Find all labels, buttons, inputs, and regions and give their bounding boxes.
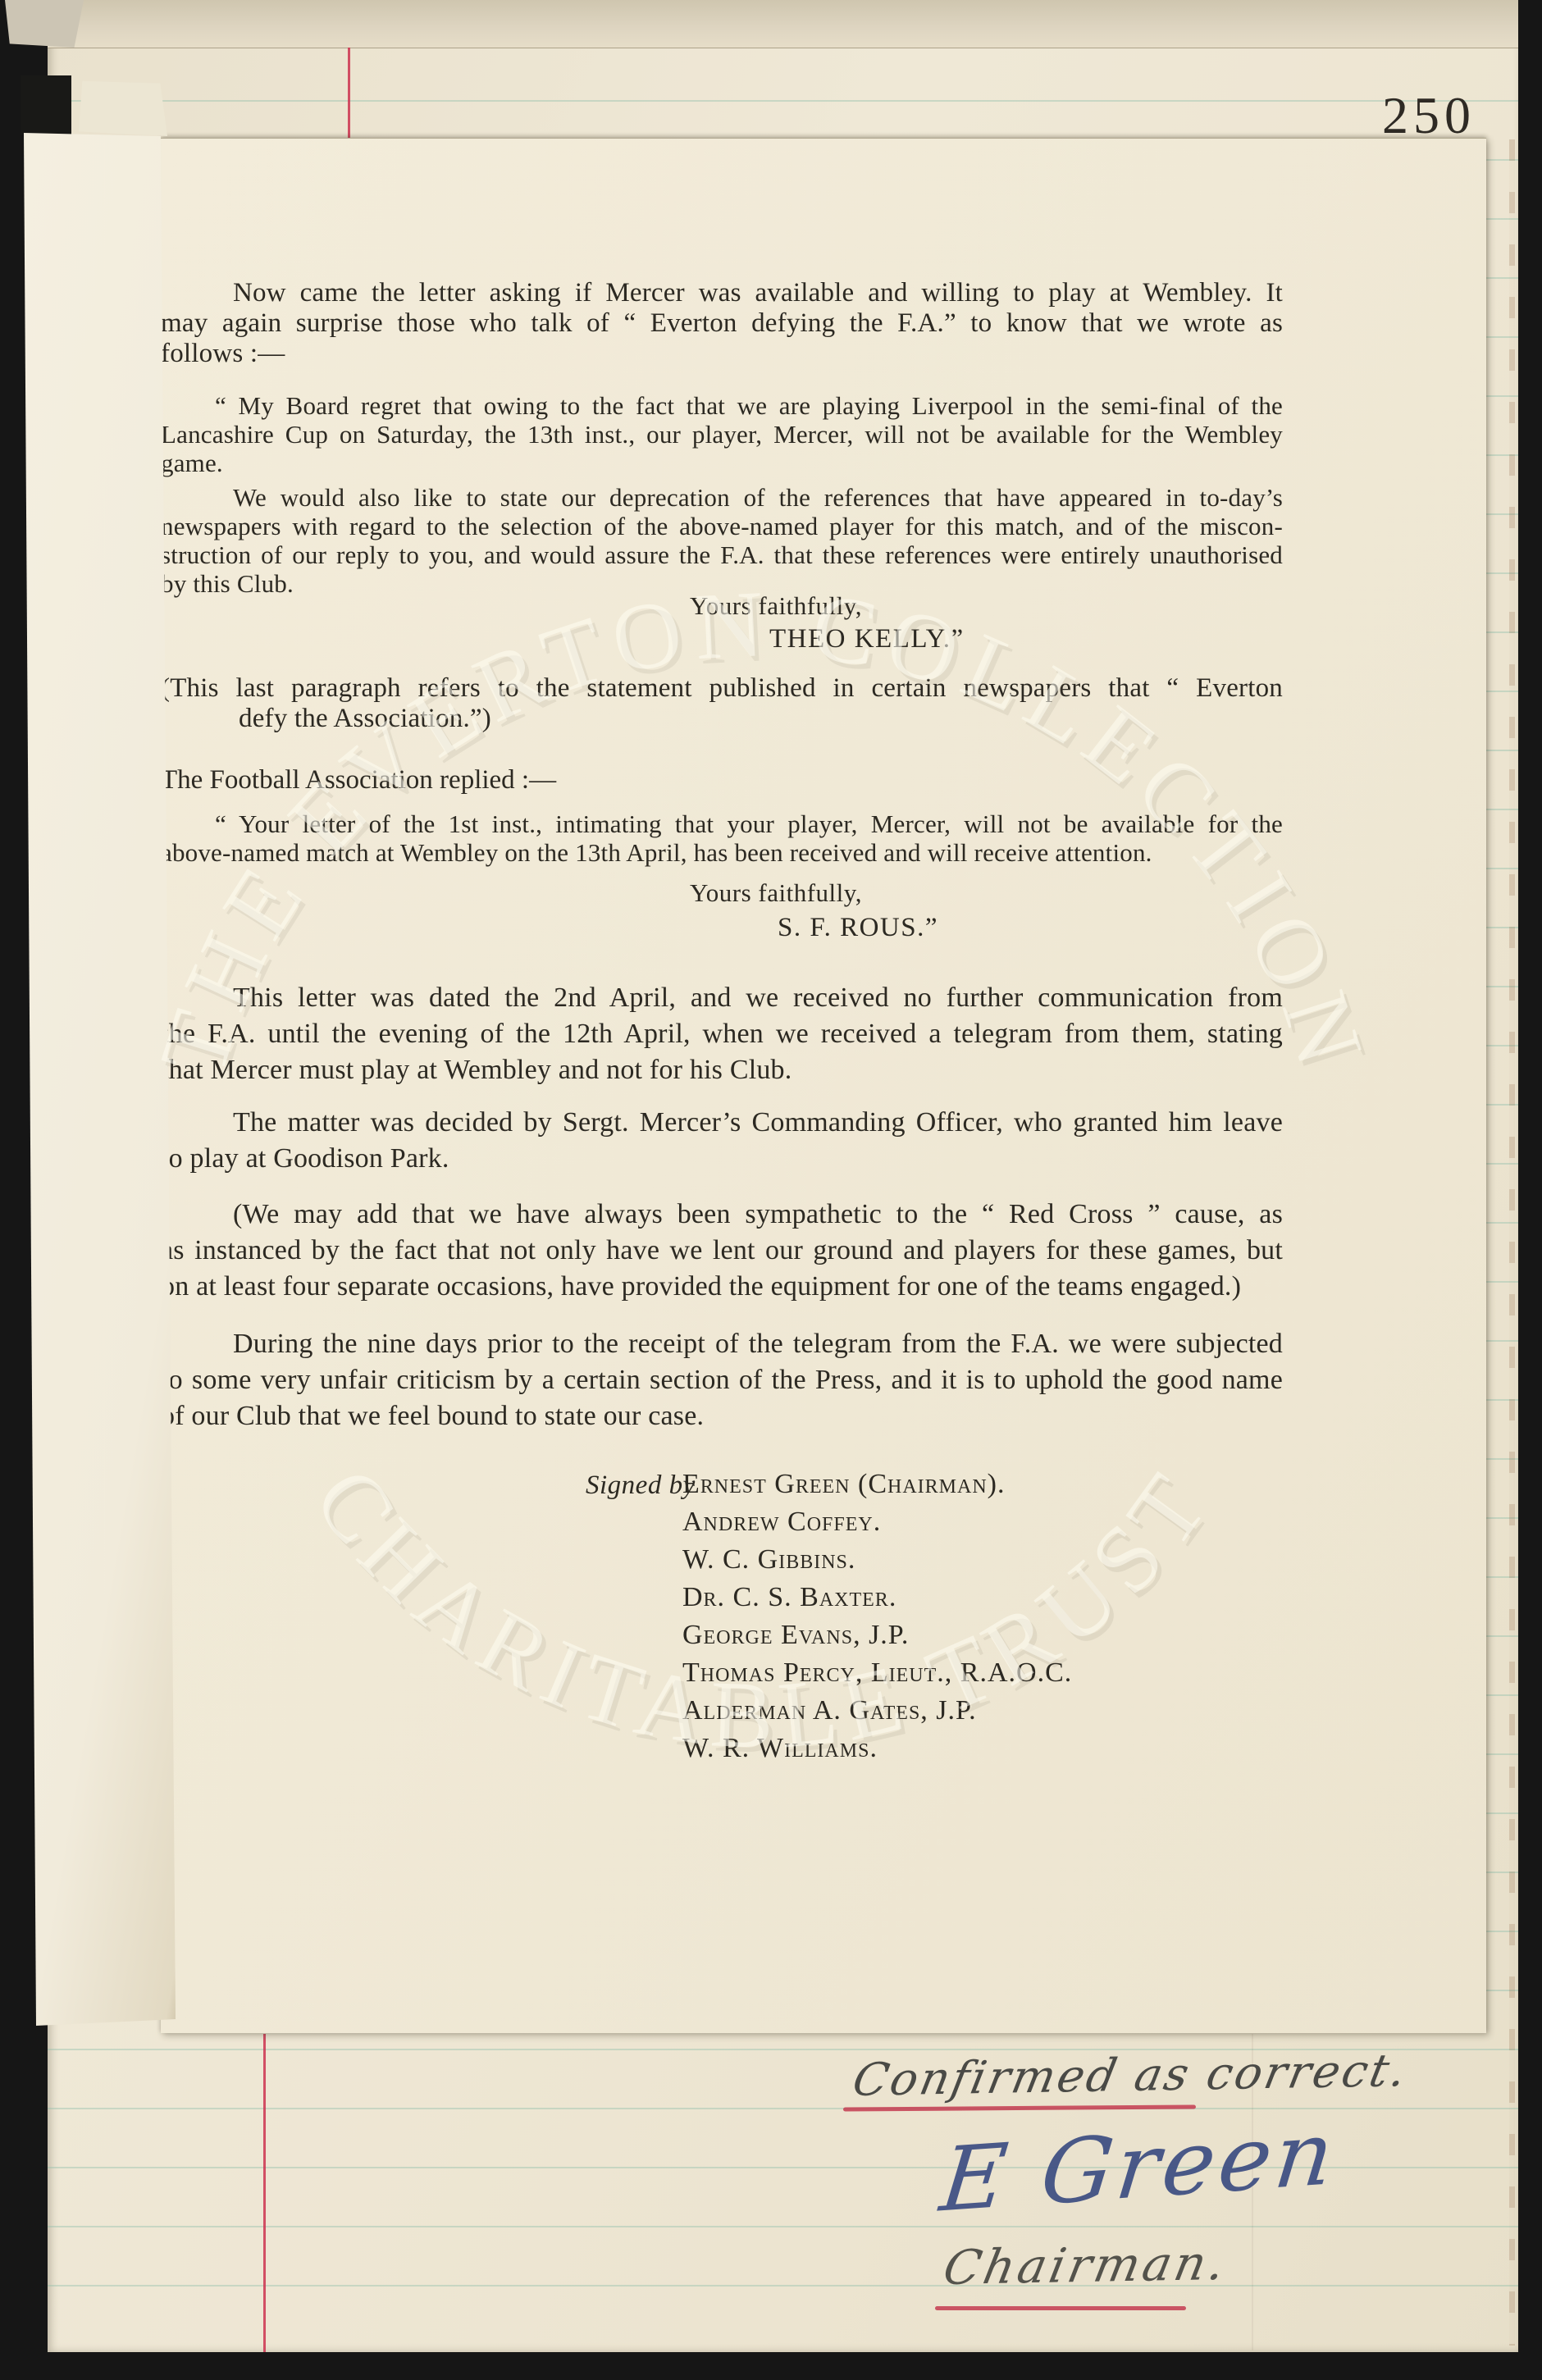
ledger-red-margin-line-top (348, 48, 350, 139)
page-number: 250 (1363, 85, 1494, 146)
signatories-list: Ernest Green (Chairman).Andrew Coffey.W.… (682, 1466, 1306, 1767)
letter-quote-my-board: “ My Board regret that owing to the fact… (161, 391, 1283, 477)
red-underline-chairman (935, 2306, 1186, 2310)
signoff-yours-faithfully-2: Yours faithfully, (690, 878, 862, 908)
paragraph-this-letter: This letter was dated the 2nd April, and… (161, 980, 1283, 1088)
parenthetical-note: (This last paragraph refers to the state… (161, 673, 1283, 734)
letter-quote-your-letter: “ Your letter of the 1st inst., intimati… (161, 809, 1283, 867)
signature-theo-kelly: THEO KELLY.” (769, 624, 965, 654)
paragraph-the-matter: The matter was decided by Sergt. Mercer’… (161, 1105, 1283, 1177)
handwritten-chairman: Chairman. (939, 2235, 1233, 2296)
overlay-sheet (23, 130, 179, 2027)
signature-sf-rous: S. F. ROUS.” (778, 913, 938, 943)
paragraph-we-may-add: (We may add that we have always been sym… (161, 1197, 1283, 1305)
overlay-sheet-flap (79, 79, 167, 136)
fa-replied-line: The Football Association replied :— (161, 765, 556, 796)
typed-minute-sheet: Now came the letter asking if Mercer was… (161, 138, 1486, 2033)
paragraph-during-nine-days: During the nine days prior to the receip… (161, 1326, 1283, 1434)
signoff-yours-faithfully-1: Yours faithfully, (690, 591, 862, 621)
dark-corner-shadow (21, 75, 71, 135)
signed-by-label: Signed by (586, 1470, 696, 1501)
handwritten-confirmed-as-correct: Confirmed as correct. (849, 2044, 1413, 2106)
page-fore-edge (1509, 139, 1515, 2346)
paragraph-now-came: Now came the letter asking if Mercer was… (161, 278, 1283, 369)
corner-paper-wedge (5, 0, 84, 48)
letter-quote-we-would: We would also like to state our deprecat… (161, 483, 1283, 598)
ledger-red-margin-line-bottom (263, 2034, 266, 2352)
page-stack-top-edge (48, 0, 1518, 48)
